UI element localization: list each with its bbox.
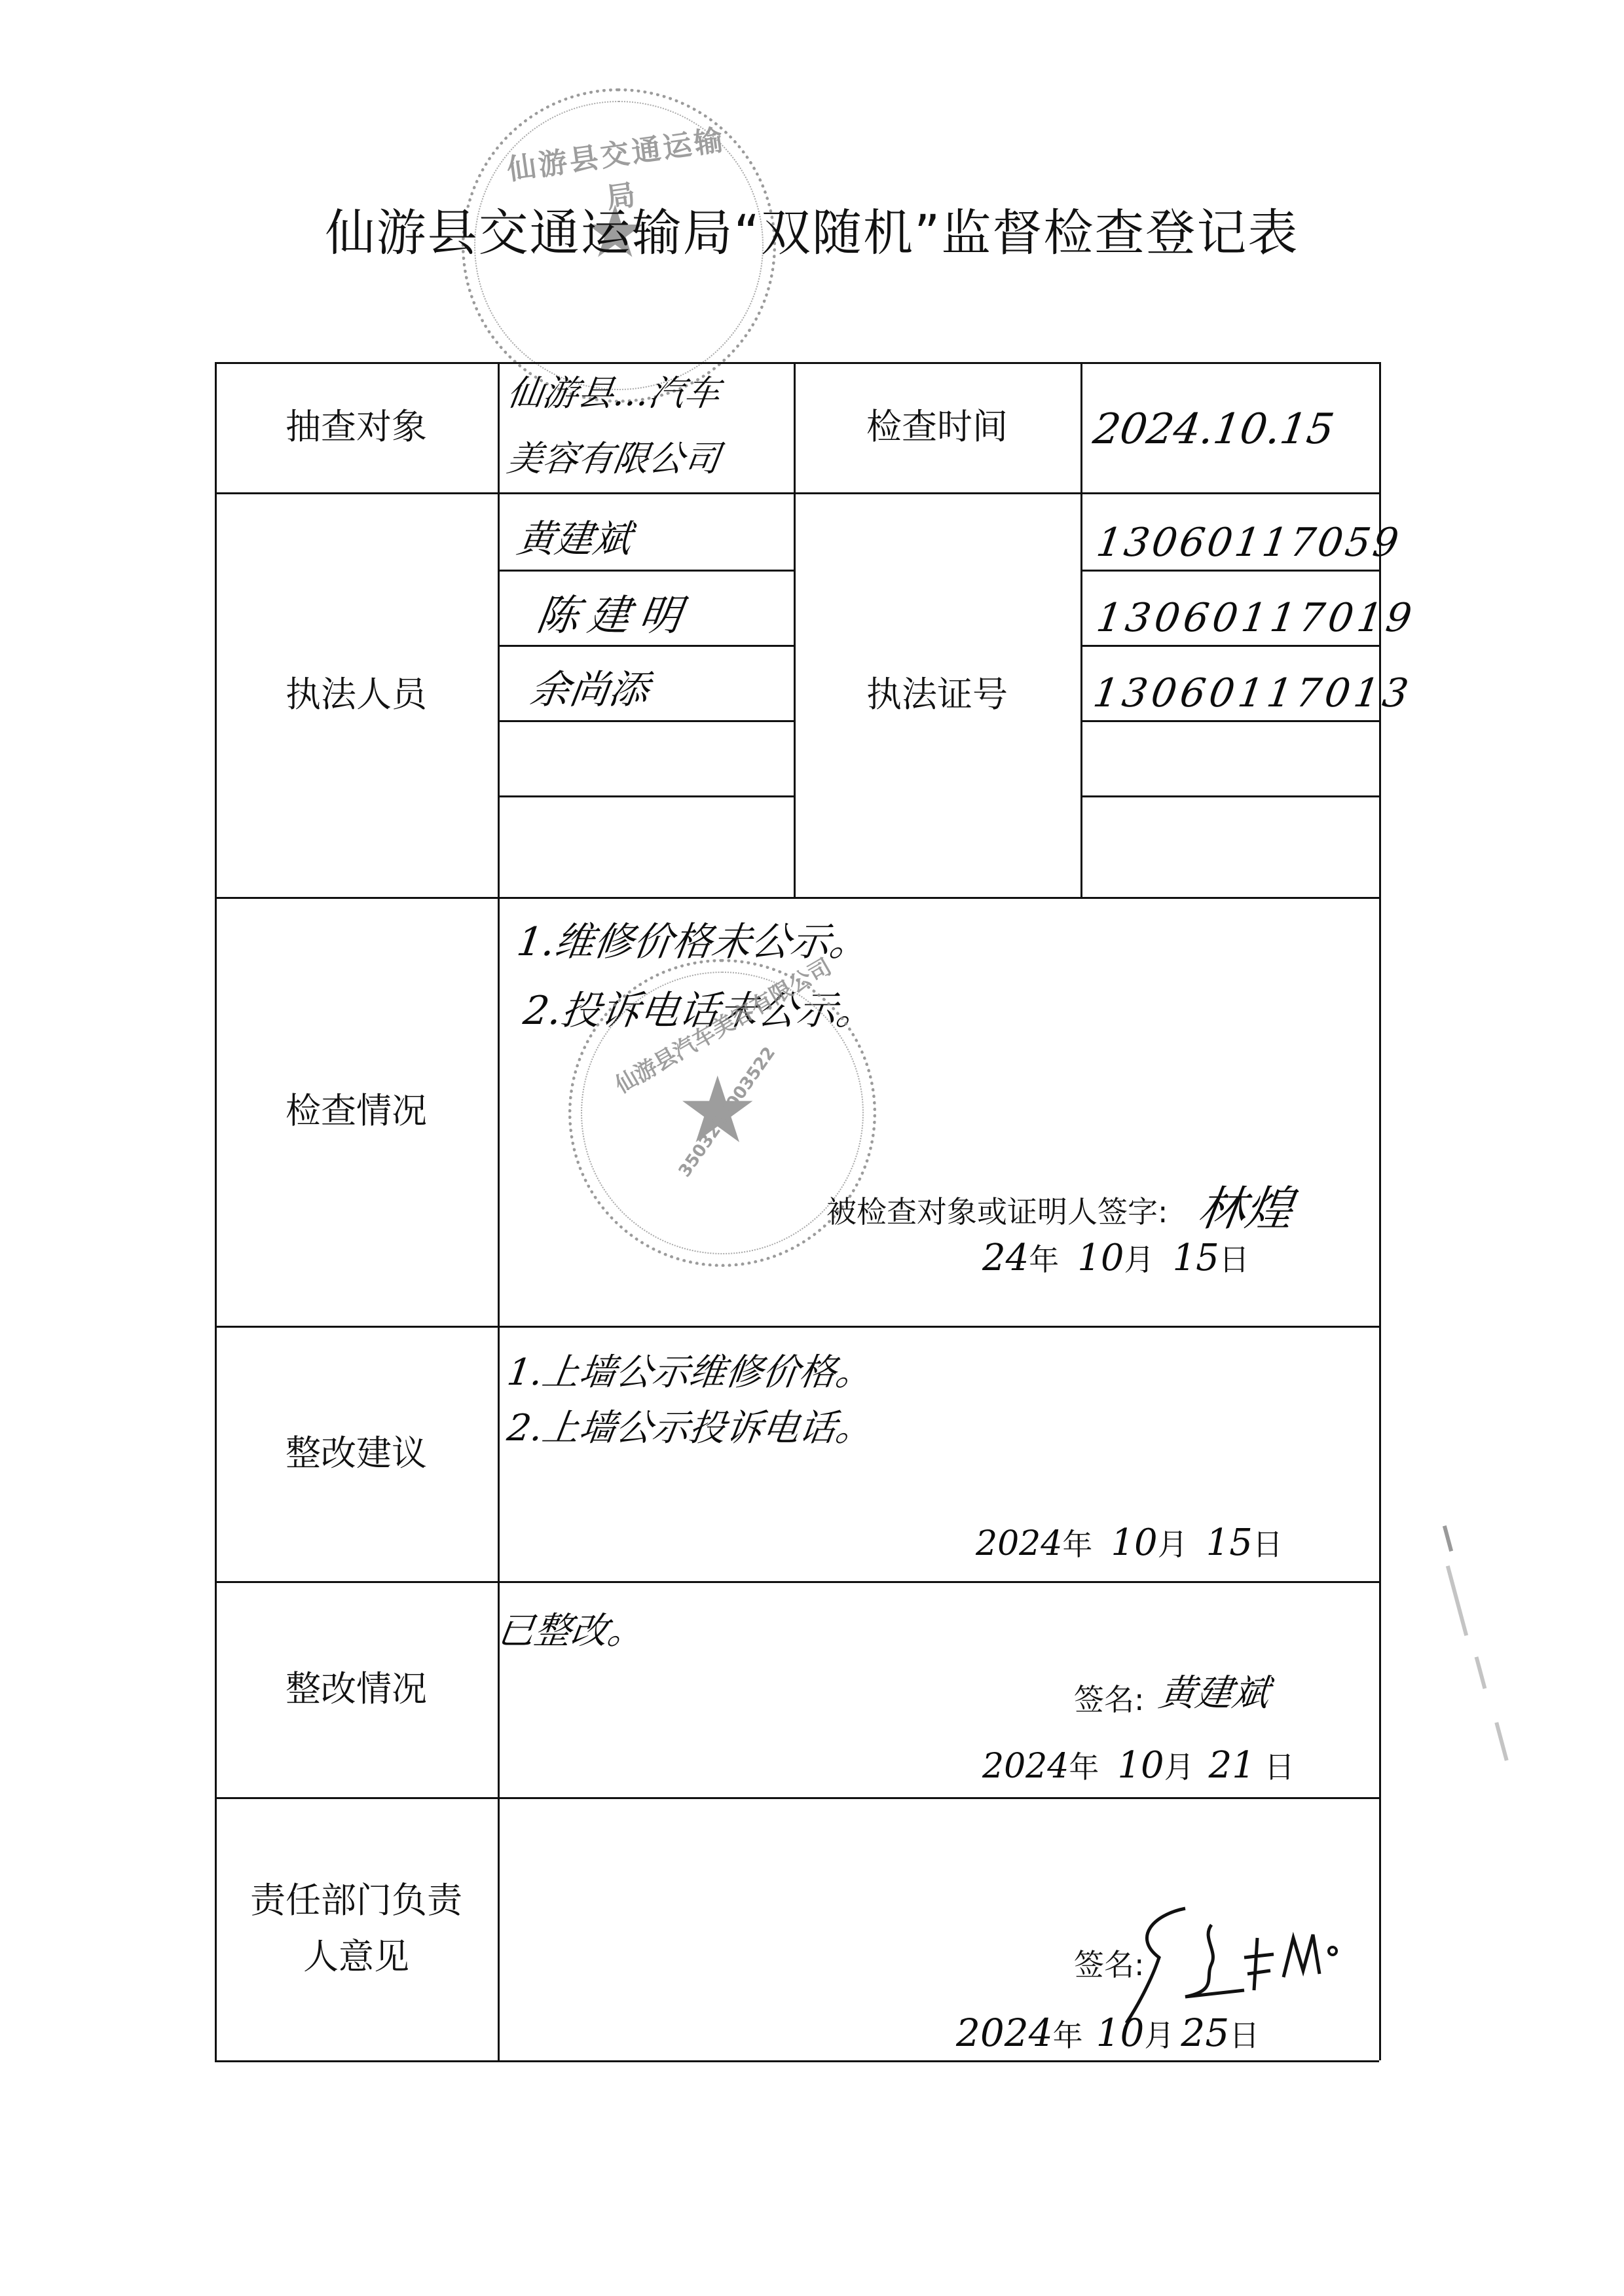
date-month[interactable]: 10 (1096, 2011, 1145, 2055)
inspection-status-label: 检查情况 (215, 897, 498, 1326)
inspection-finding-2[interactable]: 2.投诉电话未公示。 (521, 989, 879, 1034)
inspected-target-value-line1[interactable]: 仙游县…汽车 (505, 373, 792, 414)
inspection-finding-1[interactable]: 1.维修价格未公示。 (514, 920, 872, 965)
inspection-signer-signature[interactable]: 林煌 (1194, 1182, 1297, 1236)
scan-artifact (1443, 1525, 1453, 1552)
rectification-sign-label: 签名: (1074, 1685, 1145, 1715)
cert-number-1[interactable]: 13060117059 (1094, 520, 1404, 566)
enforcement-cert-label: 执法证号 (794, 492, 1080, 897)
year-unit: 年 (1029, 1242, 1059, 1277)
advice-item-1[interactable]: 1.上墙公示维修价格。 (504, 1352, 875, 1394)
company-seal-code: 3503221003522 (675, 1044, 779, 1181)
department-opinion-label: 责任部门负责 人意见 (215, 1797, 498, 2060)
advice-date: 2024年10月15日 (976, 1522, 1283, 1564)
day-unit: 日 (1219, 1242, 1249, 1277)
month-unit: 月 (1124, 1242, 1154, 1277)
day-unit: 日 (1264, 1749, 1295, 1785)
date-month[interactable]: 10 (1111, 1522, 1157, 1564)
inspection-time-value[interactable]: 2024.10.15 (1090, 406, 1372, 454)
date-year[interactable]: 2024 (982, 1747, 1069, 1786)
date-day[interactable]: 21 (1209, 1744, 1255, 1787)
scan-artifact (1494, 1722, 1508, 1761)
date-day[interactable]: 25 (1181, 2011, 1229, 2055)
inspection-status-date: 24年10月15日 (982, 1237, 1249, 1279)
year-unit: 年 (1062, 1527, 1092, 1562)
scan-artifact (1446, 1565, 1468, 1636)
inspected-target-label: 抽查对象 (215, 362, 498, 492)
staff-subrow-divider (498, 570, 794, 572)
inspected-target-value-line2[interactable]: 美容有限公司 (505, 439, 792, 479)
department-date: 2024年10月25日 (956, 2011, 1259, 2055)
cert-number-2[interactable]: 13060117019 (1094, 596, 1418, 641)
staff-name-3[interactable]: 余尚添 (527, 668, 652, 713)
advice-item-2[interactable]: 2.上墙公示投诉电话。 (504, 1408, 875, 1449)
cert-subrow-divider (1080, 645, 1379, 647)
col-divider (498, 362, 500, 2060)
signer-label: 被检查对象或证明人签字: (826, 1197, 1168, 1227)
rectification-advice-label: 整改建议 (215, 1326, 498, 1581)
page-title: 仙游县交通运输局“双随机”监督检查登记表 (0, 208, 1624, 258)
year-unit: 年 (1053, 2018, 1083, 2053)
cert-subrow-divider (1080, 720, 1379, 722)
department-opinion-label-line2: 人意见 (303, 1929, 409, 1985)
scan-artifact (1475, 1656, 1487, 1689)
month-unit: 月 (1144, 2018, 1174, 2053)
month-unit: 月 (1158, 1527, 1188, 1562)
rectification-signer-signature[interactable]: 黄建斌 (1156, 1673, 1272, 1715)
cert-subrow-divider (1080, 795, 1379, 797)
date-month[interactable]: 10 (1117, 1744, 1164, 1787)
cert-number-3[interactable]: 13060117013 (1090, 671, 1415, 716)
rectification-status-text[interactable]: 已整改。 (494, 1611, 647, 1652)
staff-name-1[interactable]: 黄建斌 (514, 517, 634, 561)
staff-subrow-divider (498, 720, 794, 722)
department-opinion-label-line1: 责任部门负责 (250, 1872, 462, 1929)
date-year[interactable]: 24 (982, 1237, 1029, 1279)
year-unit: 年 (1069, 1749, 1099, 1785)
col-divider (1080, 362, 1082, 897)
enforcement-staff-label: 执法人员 (215, 492, 498, 897)
inspection-time-label: 检查时间 (794, 362, 1080, 492)
rectification-status-label: 整改情况 (215, 1581, 498, 1797)
date-year[interactable]: 2024 (956, 2011, 1053, 2055)
staff-subrow-divider (498, 795, 794, 797)
staff-subrow-divider (498, 645, 794, 647)
star-icon: ★ (676, 1057, 759, 1164)
date-day[interactable]: 15 (1206, 1522, 1253, 1564)
month-unit: 月 (1164, 1749, 1194, 1785)
date-year[interactable]: 2024 (976, 1524, 1062, 1563)
rectification-date: 2024年10月21日 (982, 1745, 1295, 1787)
date-day[interactable]: 15 (1173, 1237, 1219, 1279)
signature-scrawl-icon (1113, 1899, 1388, 2030)
date-month[interactable]: 10 (1077, 1237, 1124, 1279)
day-unit: 日 (1253, 1527, 1283, 1562)
staff-name-2[interactable]: 陈建明 (534, 592, 693, 641)
table-border-bottom (215, 2060, 1379, 2062)
day-unit: 日 (1229, 2018, 1259, 2053)
cert-subrow-divider (1080, 570, 1379, 572)
department-signer-signature[interactable]: (签名) (1113, 1899, 1388, 2030)
